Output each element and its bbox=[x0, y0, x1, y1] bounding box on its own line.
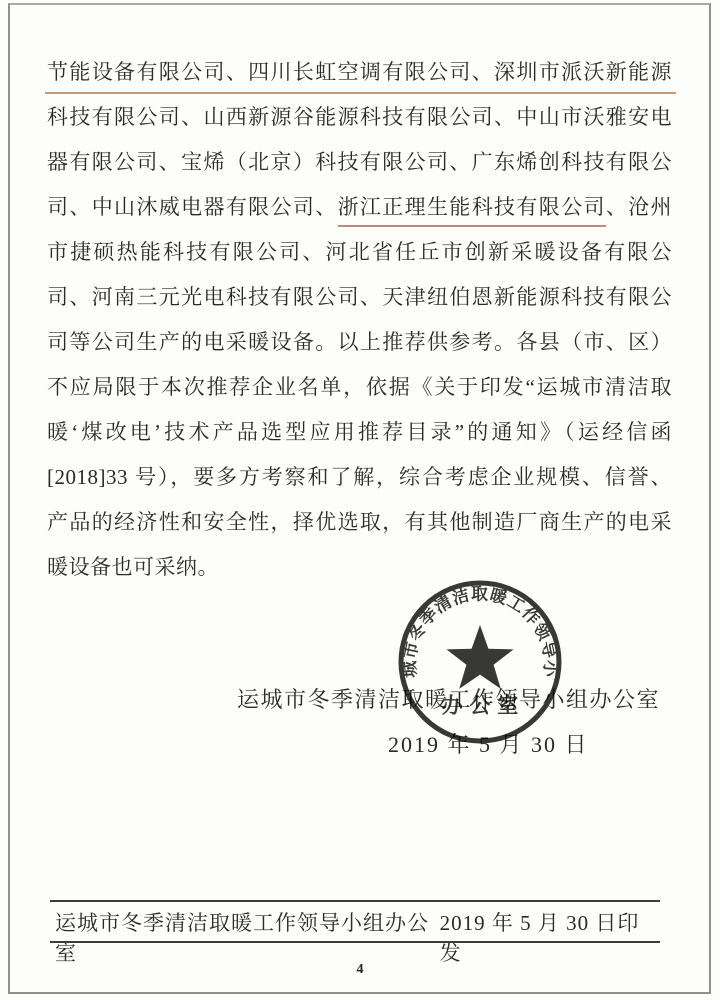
official-seal: 运城市冬季清洁取暖工作领导小组 办公室 bbox=[396, 578, 564, 746]
body-text-segment: 不应局限于本次推荐企业名单，依据《关于印发“运城市清洁取 bbox=[47, 375, 672, 399]
body-text-segment: 、沧州 bbox=[606, 195, 672, 219]
page-number: 4 bbox=[0, 962, 720, 978]
body-text-segment: 器有限公司、宝烯（北京）科技有限公司、广东烯创科技有限公 bbox=[47, 150, 672, 174]
document-page: { "document": { "body_lines": [ { "segme… bbox=[0, 0, 720, 1000]
footer-rule-top bbox=[50, 900, 660, 902]
body-text-line: 市捷硕热能科技有限公司、河北省任丘市创新采暖设备有限公 bbox=[47, 230, 672, 275]
body-text-segment: 暖设备也可采纳。 bbox=[47, 555, 219, 579]
body-text-line: 节能设备有限公司、四川长虹空调有限公司、深圳市派沃新能源 bbox=[47, 50, 672, 95]
body-text-segment: [2018]33 号），要多方考察和了解，综合考虑企业规模、信誉、 bbox=[47, 465, 672, 489]
footer-issuer: 运城市冬季清洁取暖工作领导小组办公室 bbox=[55, 908, 440, 968]
body-text-segment: 节能设备有限公司、四川长虹空调有限公司、深圳市派沃新能源 bbox=[47, 60, 672, 84]
body-text-line: 司、河南三元光电科技有限公司、天津纽伯恩新能源科技有限公 bbox=[47, 275, 672, 320]
body-text-line: 产品的经济性和安全性，择优选取，有其他制造厂商生产的电采 bbox=[47, 500, 672, 545]
body-text-line: 司、中山沐威电器有限公司、浙江正理生能科技有限公司、沧州 bbox=[47, 185, 672, 230]
body-text-line: [2018]33 号），要多方考察和了解，综合考虑企业规模、信誉、 bbox=[47, 455, 672, 500]
body-text-line: 不应局限于本次推荐企业名单，依据《关于印发“运城市清洁取 bbox=[47, 365, 672, 410]
body-text-line: 暖‘煤改电’技术产品选型应用推荐目录”的通知》（运经信函 bbox=[47, 410, 672, 455]
seal-office-text: 办公室 bbox=[442, 693, 525, 717]
footer-rule-bottom bbox=[50, 941, 660, 943]
footer: 运城市冬季清洁取暖工作领导小组办公室 2019 年 5 月 30 日印发 bbox=[55, 908, 655, 968]
body-text-segment: 产品的经济性和安全性，择优选取，有其他制造厂商生产的电采 bbox=[47, 510, 672, 534]
body-text-segment: 市捷硕热能科技有限公司、河北省任丘市创新采暖设备有限公 bbox=[47, 240, 672, 264]
body-text-segment: 司等公司生产的电采暖设备。以上推荐供参考。各县（市、区） bbox=[47, 330, 672, 354]
body-text-line: 暖设备也可采纳。 bbox=[47, 545, 672, 590]
footer-print-date: 2019 年 5 月 30 日印发 bbox=[440, 908, 655, 968]
body-text-segment: 司、中山沐威电器有限公司、 bbox=[47, 195, 338, 219]
body-text-segment: 司、河南三元光电科技有限公司、天津纽伯恩新能源科技有限公 bbox=[47, 285, 672, 309]
body-text-line: 司等公司生产的电采暖设备。以上推荐供参考。各县（市、区） bbox=[47, 320, 672, 365]
body-text-segment: 科技有限公司、山西新源谷能源科技有限公司、中山市沃雅安电 bbox=[47, 105, 672, 129]
star-icon bbox=[446, 625, 513, 689]
body-text-line: 器有限公司、宝烯（北京）科技有限公司、广东烯创科技有限公 bbox=[47, 140, 672, 185]
body-text-line: 科技有限公司、山西新源谷能源科技有限公司、中山市沃雅安电 bbox=[47, 95, 672, 140]
red-underline bbox=[45, 92, 676, 94]
body-text-segment: 暖‘煤改电’技术产品选型应用推荐目录”的通知》（运经信函 bbox=[47, 420, 672, 444]
body-text: 节能设备有限公司、四川长虹空调有限公司、深圳市派沃新能源科技有限公司、山西新源谷… bbox=[47, 50, 672, 590]
underlined-company-name: 浙江正理生能科技有限公司 bbox=[338, 195, 606, 227]
